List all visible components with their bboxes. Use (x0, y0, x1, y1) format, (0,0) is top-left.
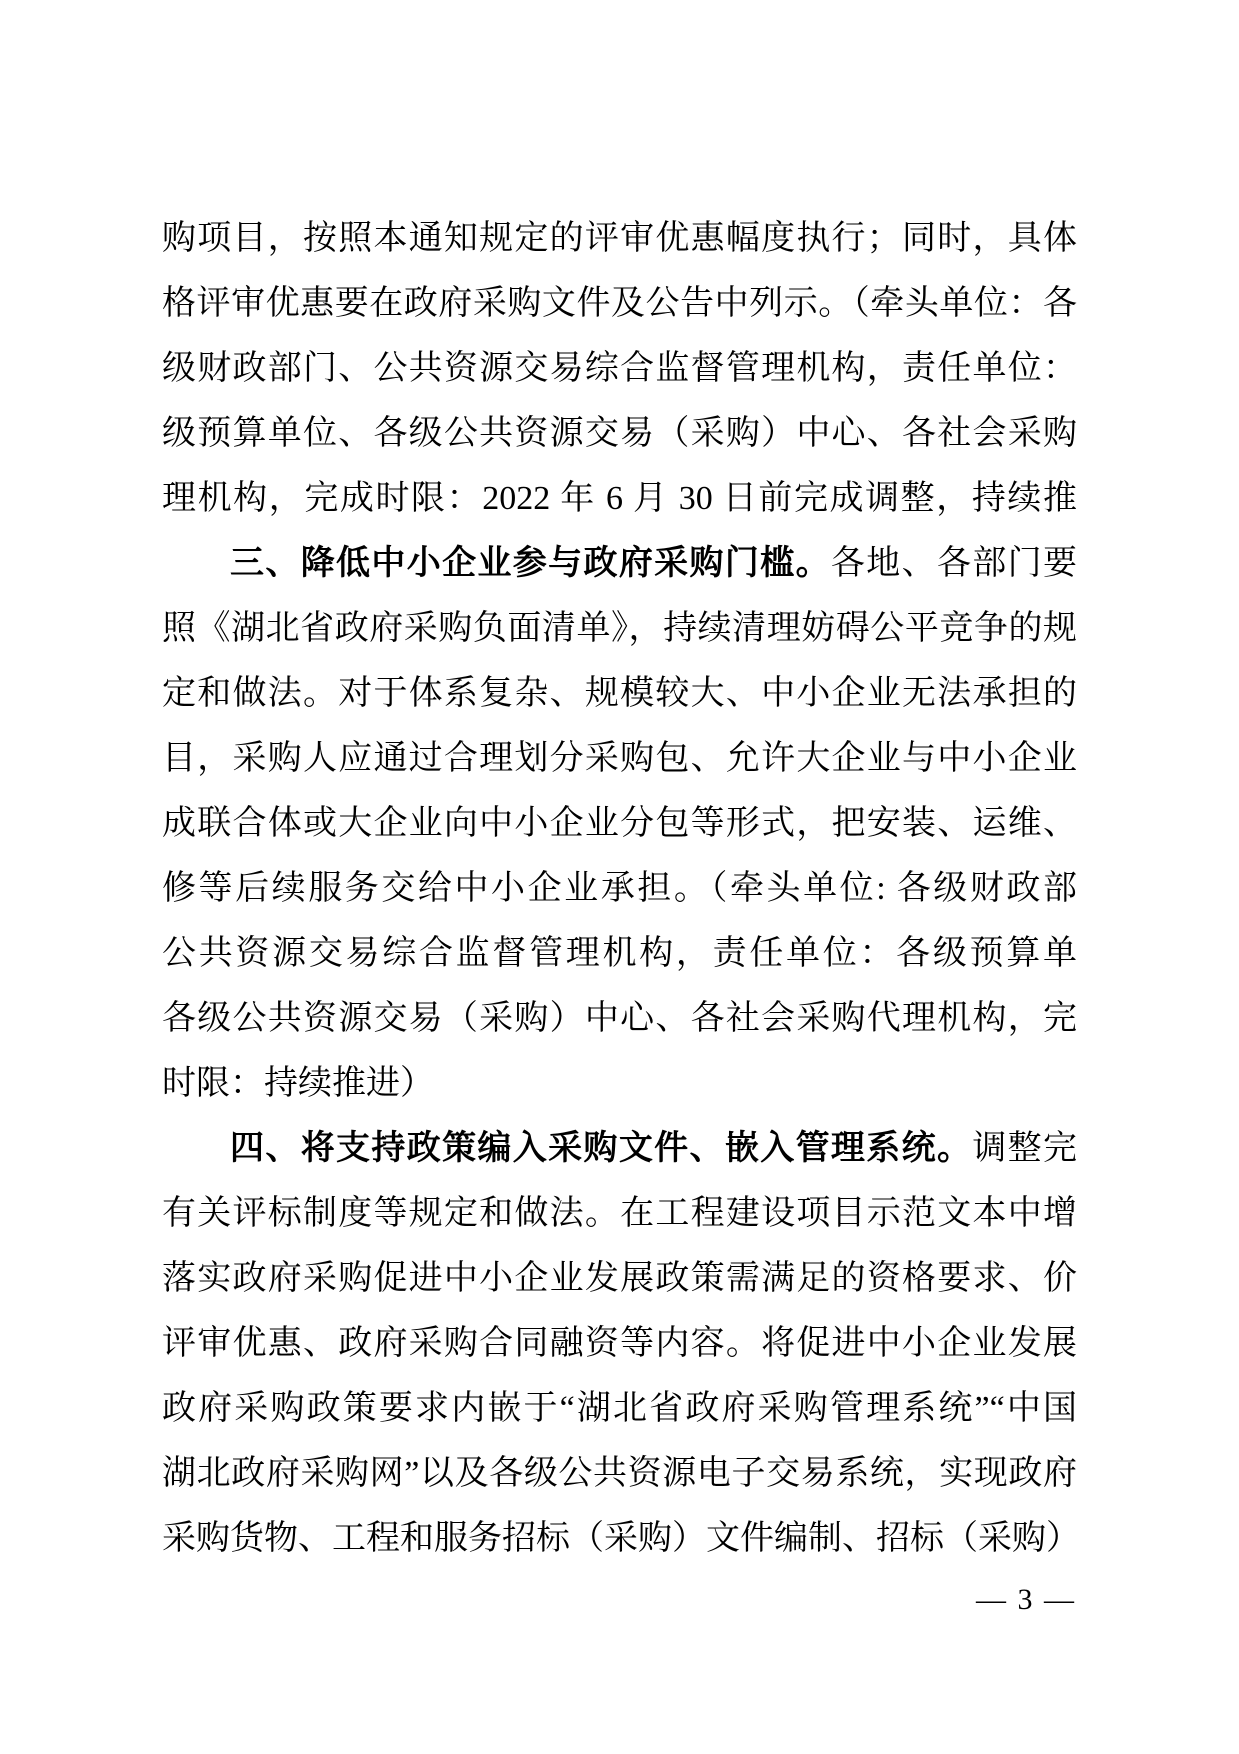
line-text: 采购货物、工程和服务招标（采购）文件编制、招标（采购） (162, 1520, 1077, 1557)
line-text: 各级公共资源交易（采购）中心、各社会采购代理机构，完成 (162, 1000, 1077, 1051)
document-line: 购项目，按照本通知规定的评审优惠幅度执行；同时，具体价 (162, 206, 1077, 271)
line-text: 理机构，完成时限：2022 年 6 月 30 日前完成调整，持续推进） (162, 480, 1077, 531)
line-text: 购项目，按照本通知规定的评审优惠幅度执行；同时，具体价 (162, 220, 1077, 271)
line-text: 格评审优惠要在政府采购文件及公告中列示。（牵头单位：各 (162, 285, 1077, 322)
document-line: 照《湖北省政府采购负面清单》，持续清理妨碍公平竞争的规 (162, 596, 1077, 661)
document-line: 成联合体或大企业向中小企业分包等形式，把安装、运维、维 (162, 791, 1077, 856)
line-text: 定和做法。对于体系复杂、规模较大、中小企业无法承担的项 (162, 675, 1077, 726)
document-line: 评审优惠、政府采购合同融资等内容。将促进中小企业发展的 (162, 1311, 1077, 1376)
document-line: 级预算单位、各级公共资源交易（采购）中心、各社会采购代 (162, 401, 1077, 466)
document-line: 有关评标制度等规定和做法。在工程建设项目示范文本中增加 (162, 1181, 1077, 1246)
document-line: 采购货物、工程和服务招标（采购）文件编制、招标（采购） (162, 1506, 1077, 1571)
document-line: 格评审优惠要在政府采购文件及公告中列示。（牵头单位：各 (162, 271, 1077, 336)
line-text: 照《湖北省政府采购负面清单》，持续清理妨碍公平竞争的规 (162, 610, 1077, 647)
line-text: 湖北政府采购网”以及各级公共资源电子交易系统，实现政府 (162, 1455, 1077, 1492)
line-text: 修等后续服务交给中小企业承担。（牵头单位: 各级财政部门、 (162, 870, 1077, 921)
document-body: 购项目，按照本通知规定的评审优惠幅度执行；同时，具体价 格评审优惠要在政府采购文… (162, 206, 1077, 1571)
line-text: 公共资源交易综合监督管理机构，责任单位：各级预算单位、 (162, 935, 1077, 986)
section-heading-3: 三、降低中小企业参与政府采购门槛。 (230, 544, 831, 582)
line-text: 成联合体或大企业向中小企业分包等形式，把安装、运维、维 (162, 805, 1077, 856)
document-line: 公共资源交易综合监督管理机构，责任单位：各级预算单位、 (162, 921, 1077, 986)
line-text: 目，采购人应通过合理划分采购包、允许大企业与中小企业组 (162, 740, 1077, 791)
line-text: 级财政部门、公共资源交易综合监督管理机构，责任单位：各 (162, 350, 1077, 401)
line-text: 级预算单位、各级公共资源交易（采购）中心、各社会采购代 (162, 415, 1077, 466)
document-line: 级财政部门、公共资源交易综合监督管理机构，责任单位：各 (162, 336, 1077, 401)
document-line: 三、降低中小企业参与政府采购门槛。各地、各部门要对 (162, 531, 1077, 596)
document-line: 落实政府采购促进中小企业发展政策需满足的资格要求、价格 (162, 1246, 1077, 1311)
line-text: 评审优惠、政府采购合同融资等内容。将促进中小企业发展的 (162, 1325, 1077, 1376)
section-heading-4: 四、将支持政策编入采购文件、嵌入管理系统。 (230, 1129, 972, 1167)
document-line: 定和做法。对于体系复杂、规模较大、中小企业无法承担的项 (162, 661, 1077, 726)
line-text: 时限：持续推进） (162, 1065, 434, 1102)
page-number: — 3 — (976, 1582, 1076, 1618)
line-text: 政府采购政策要求内嵌于“湖北省政府采购管理系统”“中国 (162, 1390, 1077, 1427)
line-text: 有关评标制度等规定和做法。在工程建设项目示范文本中增加 (162, 1195, 1077, 1246)
document-line: 各级公共资源交易（采购）中心、各社会采购代理机构，完成 (162, 986, 1077, 1051)
document-line: 政府采购政策要求内嵌于“湖北省政府采购管理系统”“中国 (162, 1376, 1077, 1441)
document-line: 修等后续服务交给中小企业承担。（牵头单位: 各级财政部门、 (162, 856, 1077, 921)
document-line: 四、将支持政策编入采购文件、嵌入管理系统。调整完善 (162, 1116, 1077, 1181)
document-line: 目，采购人应通过合理划分采购包、允许大企业与中小企业组 (162, 726, 1077, 791)
document-page: 购项目，按照本通知规定的评审优惠幅度执行；同时，具体价 格评审优惠要在政府采购文… (0, 0, 1239, 1754)
document-line: 湖北政府采购网”以及各级公共资源电子交易系统，实现政府 (162, 1441, 1077, 1506)
document-line: 理机构，完成时限：2022 年 6 月 30 日前完成调整，持续推进） (162, 466, 1077, 531)
line-text: 落实政府采购促进中小企业发展政策需满足的资格要求、价格 (162, 1260, 1077, 1311)
document-line: 时限：持续推进） (162, 1051, 1077, 1116)
